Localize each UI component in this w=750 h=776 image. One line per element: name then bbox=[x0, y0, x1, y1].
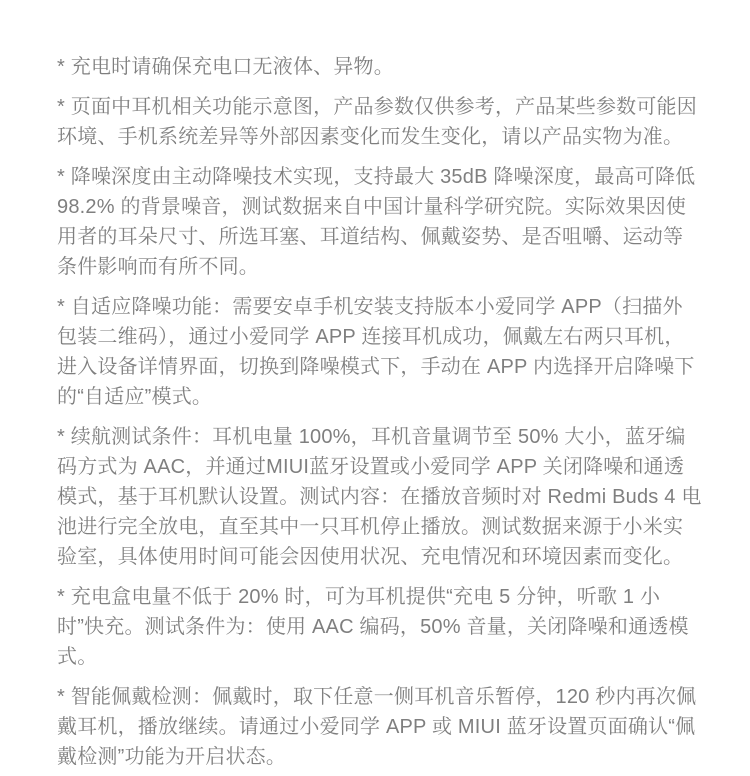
disclaimer-note: * 页面中耳机相关功能示意图，产品参数仅供参考，产品某些参数可能因环境、手机系统… bbox=[57, 92, 702, 152]
disclaimer-note: * 充电时请确保充电口无液体、异物。 bbox=[57, 52, 702, 82]
product-disclaimer-section: * 充电时请确保充电口无液体、异物。* 页面中耳机相关功能示意图，产品参数仅供参… bbox=[0, 0, 750, 776]
disclaimer-note: * 自适应降噪功能：需要安卓手机安装支持版本小爱同学 APP（扫描外包装二维码）… bbox=[57, 292, 702, 412]
disclaimer-note: * 智能佩戴检测：佩戴时，取下任意一侧耳机音乐暂停，120 秒内再次佩戴耳机，播… bbox=[57, 682, 702, 772]
disclaimer-note: * 充电盒电量不低于 20% 时，可为耳机提供“充电 5 分钟，听歌 1 小时”… bbox=[57, 582, 702, 672]
disclaimer-note: * 续航测试条件：耳机电量 100%，耳机音量调节至 50% 大小，蓝牙编码方式… bbox=[57, 422, 702, 572]
disclaimer-note: * 降噪深度由主动降噪技术实现，支持最大 35dB 降噪深度，最高可降低 98.… bbox=[57, 162, 702, 282]
disclaimer-list: * 充电时请确保充电口无液体、异物。* 页面中耳机相关功能示意图，产品参数仅供参… bbox=[57, 52, 702, 772]
